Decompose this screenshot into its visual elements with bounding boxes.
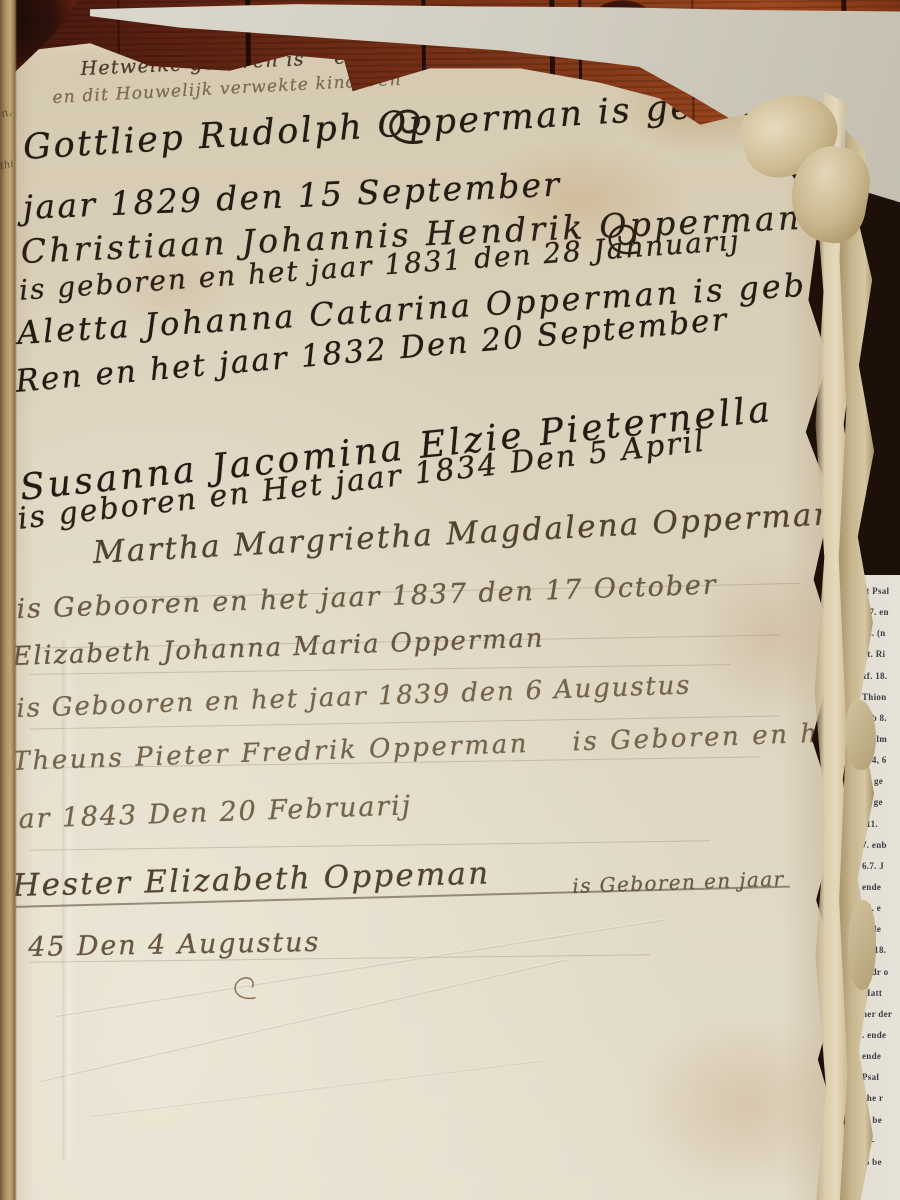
adjacent-page-fragment: thi [0, 159, 15, 173]
adjacent-page-fragment: n, [0, 105, 13, 121]
entry-hester-line-1b: is Geboren en jaar [572, 867, 785, 898]
entry-martha-line-2: is Gebooren en het jaar 1837 den 17 Octo… [16, 570, 718, 625]
printed-margin-text: et Psal 5.7. en . a. (n ht. Ri xf. 18. T… [862, 581, 900, 1173]
manuscript-page: Hetwelke geboren is en het jaar 1801 den… [0, 0, 860, 1200]
ink-flourish [225, 972, 265, 1002]
entry-hester-line-2: 45 Den 4 Augustus [28, 927, 320, 963]
ink-flourish [380, 102, 432, 148]
left-page-edge: n, thi [0, 0, 17, 1200]
torn-paper-piece [848, 900, 876, 990]
ink-flourish [600, 218, 646, 258]
photo-family-register-page: Hetwelke geboren is en het jaar 1801 den… [0, 0, 900, 1200]
